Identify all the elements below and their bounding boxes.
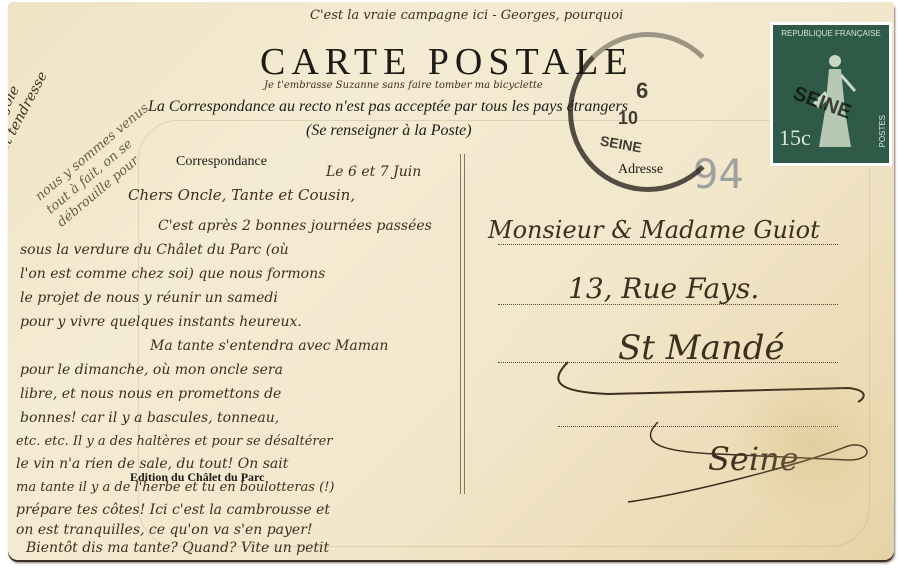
stamp-value: 15c — [779, 125, 811, 151]
postmark-year: 10 — [618, 108, 638, 129]
correspondence-notice-sub: (Se renseigner à la Poste) — [306, 122, 472, 140]
message-date: Le 6 et 7 Juin — [326, 164, 421, 180]
address-flourish-icon — [548, 342, 888, 512]
stamp-country: REPUBLIQUE FRANÇAISE — [773, 29, 889, 38]
message-line: Ma tante s'entendra avec Maman — [150, 338, 388, 354]
correspondance-label: Correspondance — [176, 154, 267, 170]
postmark-day: 6 — [636, 78, 648, 104]
correspondence-notice: La Correspondance au recto n'est pas acc… — [148, 98, 628, 116]
message-line: etc. etc. Il y a des haltères et pour se… — [16, 434, 333, 449]
message-line: on est tranquilles, ce qu'on va s'en pay… — [16, 522, 313, 538]
postcard: CARTE POSTALE La Correspondance au recto… — [8, 2, 894, 560]
message-line: le projet de nous y réunir un samedi — [20, 290, 278, 306]
message-line: C'est après 2 bonnes journées passées — [158, 218, 432, 234]
message-line: l'on est comme chez soi) que nous formon… — [20, 266, 325, 282]
message-line: prépare tes côtes! Ici c'est la cambrous… — [16, 502, 330, 518]
recipient-street: 13, Rue Fays. — [568, 272, 759, 305]
message-line: ma tante il y a de l'herbe et tu en boul… — [16, 480, 334, 495]
top-margin-note-2: Je t'embrasse Suzanne sans faire tomber … — [264, 80, 543, 91]
stamp-side-text: POSTES — [878, 115, 887, 147]
message-line: pour y vivre quelques instants heureux. — [20, 314, 302, 330]
message-line: libre, et nous nous en promettons de — [20, 386, 281, 402]
recipient-name: Monsieur & Madame Guiot — [488, 216, 820, 244]
message-line: Bientôt dis ma tante? Quand? Vite un pet… — [26, 540, 329, 556]
message-salutation: Chers Oncle, Tante et Cousin, — [128, 186, 355, 204]
message-line: sous la verdure du Châlet du Parc (où — [20, 242, 289, 258]
left-margin-block: Ma Nicole qui te dit avec joie et tendre… — [8, 35, 54, 154]
center-divider — [460, 154, 465, 494]
message-line: pour le dimanche, où mon oncle sera — [20, 362, 283, 378]
message-line: bonnes! car il y a bascules, tonneau, — [20, 410, 279, 426]
postmark-circle — [568, 32, 728, 192]
top-margin-note: C'est la vraie campagne ici - Georges, p… — [310, 8, 623, 23]
message-line: le vin n'a rien de sale, du tout! On sai… — [16, 456, 288, 472]
address-line-1 — [498, 244, 838, 245]
